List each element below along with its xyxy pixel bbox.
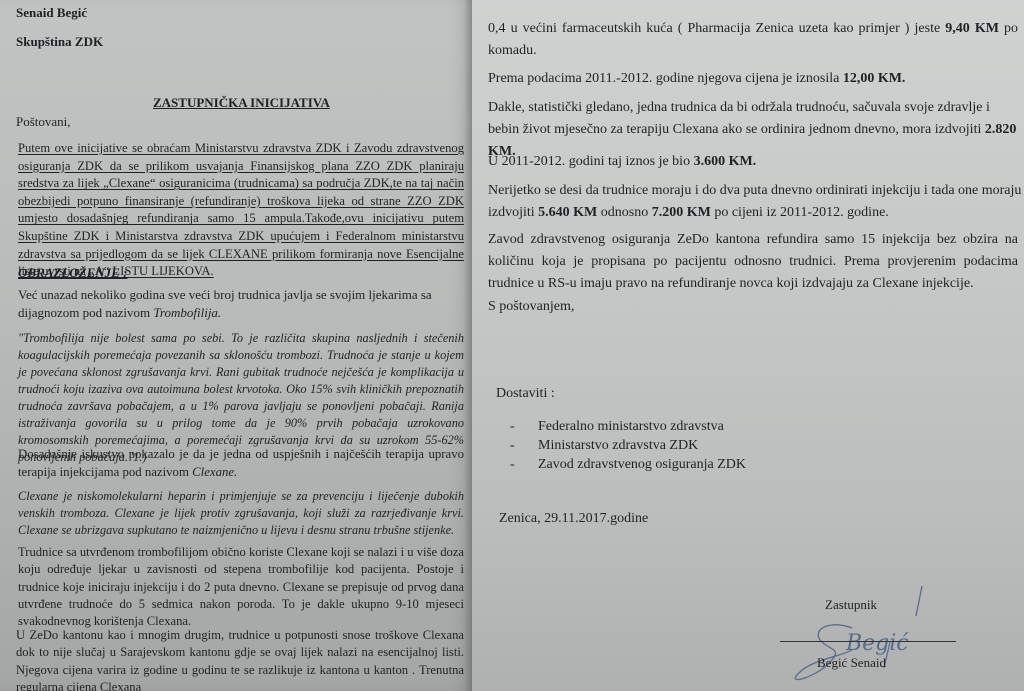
distribution-list: Federalno ministarstvo zdravstva Minista…: [498, 417, 746, 474]
paragraph-refund: Zavod zdravstvenog osiguranja ZeDo kanto…: [488, 229, 1018, 295]
paragraph-diagnosis: Već unazad nekoliko godina sve veći broj…: [18, 286, 464, 322]
past-price-value: 12,00 KM.: [843, 71, 906, 86]
current-price-value: 9,40 KM: [945, 21, 999, 36]
sender-name: Senaid Begić: [16, 4, 87, 22]
paragraph-past-monthly-cost: U 2011-2012. godini taj iznos je bio 3.6…: [488, 151, 1018, 173]
signature-line: [780, 641, 956, 642]
distribution-label: Dostaviti :: [496, 386, 555, 402]
signature-name: Begić Senaid: [817, 655, 886, 671]
paragraph-current-price: 0,4 u većini farmaceutskih kuća ( Pharma…: [488, 18, 1018, 62]
paragraph-experience: Dosadašnje iskustvo pokazalo je da je je…: [18, 446, 464, 481]
place-date: Zenica, 29.11.2017.godine: [499, 511, 648, 527]
drug-name: Clexane.: [192, 465, 237, 479]
double-dose-past-cost-value: 7.200 KM: [652, 205, 711, 220]
distribution-item: Federalno ministarstvo zdravstva: [498, 417, 746, 436]
paragraph-past-price: Prema podacima 2011.-2012. godine njegov…: [488, 68, 1018, 90]
paragraph-double-dose-cost: Nerijetko se desi da trudnice moraju i d…: [488, 180, 1024, 224]
sender-org: Skupština ZDK: [16, 33, 103, 51]
left-page: Senaid Begić Skupština ZDK ZASTUPNIČKA I…: [0, 0, 472, 691]
double-dose-cost-value: 5.640 KM: [538, 205, 597, 220]
handwritten-signature-icon: Begić: [772, 580, 932, 690]
rationale-heading: OBRAZLOŽENJE :: [18, 264, 127, 282]
distribution-item: Zavod zdravstvenog osiguranja ZDK: [498, 455, 746, 474]
initiative-paragraph: Putem ove inicijative se obraćam Minista…: [18, 140, 464, 281]
document-title: ZASTUPNIČKA INICIJATIVA: [153, 94, 330, 112]
salutation: Poštovani,: [16, 113, 71, 131]
paragraph-usage: Trudnice sa utvrđenom trombofilijom obič…: [18, 544, 464, 630]
svg-text:Begić: Begić: [845, 631, 909, 656]
past-monthly-cost-value: 3.600 KM.: [694, 154, 757, 169]
right-page: 0,4 u većini farmaceutskih kuća ( Pharma…: [472, 0, 1024, 691]
distribution-item: Ministarstvo zdravstva ZDK: [498, 436, 746, 455]
paragraph-clexane-description: Clexane je niskomolekularni heparin i pr…: [18, 488, 464, 539]
paragraph-costs: U ZeDo kantonu kao i mnogim drugim, trud…: [16, 627, 464, 691]
diagnosis-term: Trombofilija.: [153, 305, 221, 320]
closing: S poštovanjem,: [488, 299, 574, 315]
